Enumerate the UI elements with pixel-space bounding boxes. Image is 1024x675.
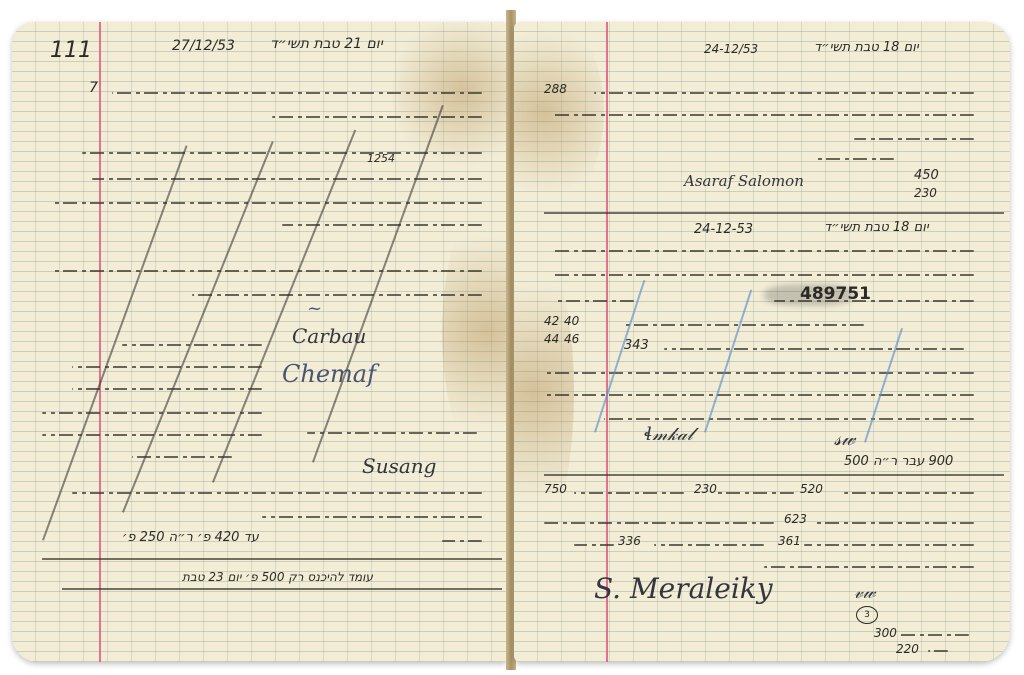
footer-note: עומד להיכנס רק 500 פ׳ יום 23 טבת <box>182 570 373 584</box>
strike-line <box>212 130 356 483</box>
transfer-amount-c: 750 <box>544 482 567 496</box>
handwritten-line <box>594 92 974 94</box>
divider-rule <box>544 474 1004 476</box>
handwritten-line <box>52 202 482 204</box>
entry-date: 24-12/53 <box>704 42 758 56</box>
signature-scrawl: 𝓈𝓌 <box>834 426 855 450</box>
number-40: 40 <box>564 314 579 328</box>
handwritten-line <box>544 522 774 524</box>
section-date: 24-12-53 <box>694 222 753 237</box>
number-361: 361 <box>778 534 801 548</box>
blue-pen-stroke <box>704 289 752 432</box>
entry-date: 27/12/53 <box>172 38 235 54</box>
handwritten-line <box>92 178 482 180</box>
signature-scrawl: ɬ𝓂𝓀𝒶𝓁 <box>644 424 693 445</box>
handwritten-line <box>844 492 974 494</box>
handwritten-line <box>82 152 482 154</box>
handwritten-line <box>112 92 482 94</box>
handwritten-line <box>42 412 262 414</box>
handwritten-line <box>899 634 969 636</box>
handwritten-line <box>554 250 974 252</box>
amount-2: 230 <box>914 186 937 200</box>
water-stain <box>514 22 604 212</box>
handwritten-line <box>814 522 974 524</box>
margin-line <box>606 22 608 662</box>
handwritten-line <box>272 116 482 118</box>
divider-rule <box>62 588 502 590</box>
transfer-amount-b: 230 <box>694 482 717 496</box>
handwritten-line <box>544 372 974 374</box>
section-hebrew-date: יום 18 טבת תשי״ד <box>824 220 929 235</box>
number-42: 42 <box>544 314 559 328</box>
final-amount-1: 300 <box>874 626 897 640</box>
entry-hebrew-date: יום 18 טבת תשי״ד <box>814 40 919 55</box>
handwritten-line <box>624 324 864 326</box>
line-reference-number: 7 <box>89 80 98 96</box>
page-number: 111 <box>50 38 92 63</box>
handwritten-line <box>774 300 974 302</box>
number-44: 44 <box>544 332 559 346</box>
divider-rule <box>42 558 502 560</box>
handwritten-line <box>282 224 482 226</box>
signature-susang: Susang <box>362 454 436 478</box>
amount-line: עד 420 פ׳ ר״ה 250 פ׳ <box>122 530 259 545</box>
water-stain <box>442 202 508 462</box>
handwritten-line <box>928 650 948 652</box>
handwritten-line <box>262 516 482 518</box>
right-page: 24-12/53 יום 18 טבת תשי״ד 288 450 230 As… <box>514 22 1010 662</box>
amount-line: 900 עבר ר״ה 500 <box>844 454 953 469</box>
margin-line <box>99 22 101 662</box>
notebook-spread: 111 27/12/53 יום 21 טבת תשי״ד 7 1254 ~ C… <box>0 0 1024 675</box>
signature-scrawl: 𝓋𝓌 <box>854 582 875 603</box>
reference-number: 288 <box>544 82 567 96</box>
handwritten-line <box>442 540 482 542</box>
signature-scrawl: ~ <box>307 298 322 319</box>
handwritten-line <box>72 388 262 390</box>
handwritten-line <box>854 138 974 140</box>
handwritten-line <box>554 114 974 116</box>
handwritten-line <box>554 300 634 302</box>
entry-hebrew-date: יום 21 טבת תשי״ד <box>270 36 383 52</box>
signature-chemaf: Chemaf <box>282 360 376 388</box>
handwritten-line <box>654 544 764 546</box>
signature-carbau: Carbau <box>292 324 366 348</box>
handwritten-line <box>192 294 482 296</box>
circled-mark: 3 <box>856 606 878 624</box>
number-336: 336 <box>618 534 641 548</box>
handwritten-line <box>574 492 684 494</box>
signature-asaraf-salomon: Asaraf Salomon <box>684 172 804 190</box>
number-623: 623 <box>784 512 807 526</box>
divider-rule <box>544 212 1004 214</box>
number-46: 46 <box>564 332 579 346</box>
handwritten-line <box>604 418 974 420</box>
handwritten-line <box>307 432 477 434</box>
handwritten-line <box>554 274 974 276</box>
handwritten-line <box>42 434 262 436</box>
handwritten-line <box>764 566 974 568</box>
handwritten-line <box>714 492 794 494</box>
water-stain <box>514 242 574 542</box>
number-343: 343 <box>624 338 649 353</box>
handwritten-line <box>544 394 974 396</box>
left-page: 111 27/12/53 יום 21 טבת תשי״ד 7 1254 ~ C… <box>12 22 508 662</box>
amount-1: 450 <box>914 168 939 183</box>
handwritten-line <box>122 344 262 346</box>
signature-bottom: S. Meraleiky <box>594 572 773 605</box>
inline-number: 1254 <box>367 152 395 165</box>
handwritten-line <box>52 270 482 272</box>
handwritten-line <box>814 158 894 160</box>
handwritten-line <box>72 492 482 494</box>
handwritten-line <box>664 348 964 350</box>
handwritten-line <box>804 544 974 546</box>
strike-line <box>42 145 187 540</box>
handwritten-line <box>574 544 614 546</box>
handwritten-line <box>72 366 262 368</box>
blue-pen-stroke <box>594 280 645 433</box>
transfer-amount-a: 520 <box>800 482 823 496</box>
blue-pen-stroke <box>864 328 903 443</box>
water-stain <box>392 22 508 172</box>
final-amount-2: 220 <box>896 642 919 656</box>
handwritten-line <box>132 456 232 458</box>
